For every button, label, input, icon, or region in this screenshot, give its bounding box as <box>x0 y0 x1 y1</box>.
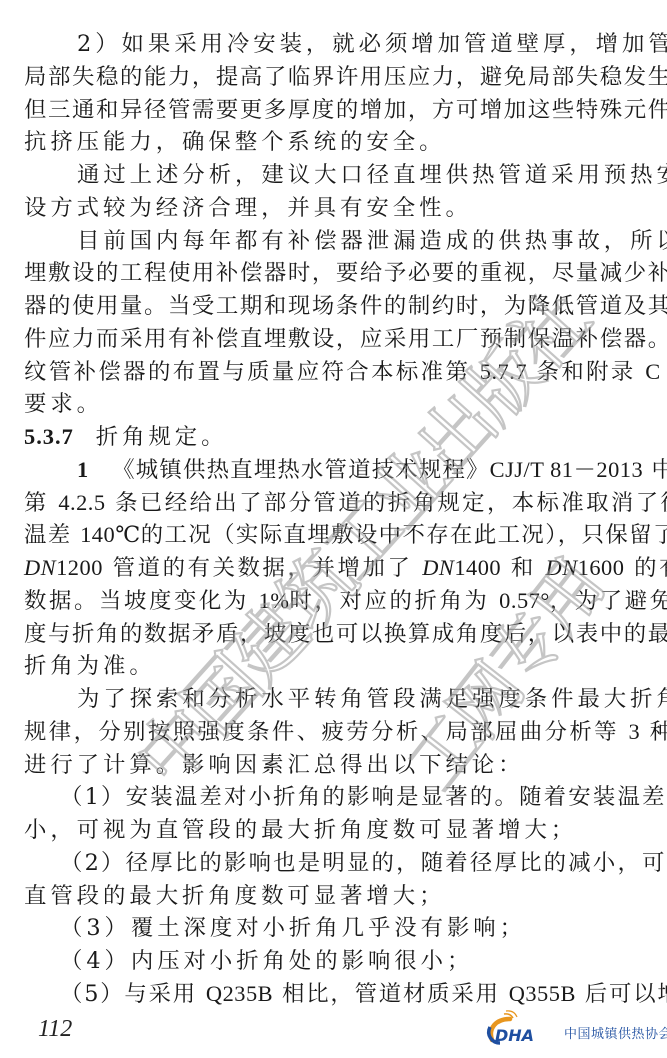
association-name: 中国城镇供热协会 <box>564 1023 667 1042</box>
svg-text:DHA: DHA <box>495 1026 534 1045</box>
section-title: 折角规定。 <box>96 424 228 450</box>
paragraph-line: 件应力而采用有补偿直埋敷设，应采用工厂预制保温补偿器。波 <box>24 323 638 356</box>
paragraph-line: 折角为准。 <box>24 650 638 683</box>
section-heading: 5.3.7折角规定。 <box>24 421 638 454</box>
paragraph-line: 直管段的最大折角度数可显著增大； <box>24 880 638 913</box>
paragraph-line: 2）如果采用冷安装，就必须增加管道壁厚，增加管道的抗 <box>24 28 638 61</box>
paragraph-line: 规律，分别按照强度条件、疲劳分析、局部屈曲分析等 3 种方法 <box>24 716 638 749</box>
paragraph-line: 设方式较为经济合理，并具有安全性。 <box>24 192 638 225</box>
paragraph-line: 为了探索和分析水平转角管段满足强度条件最大折角的变化 <box>24 683 638 716</box>
paragraph-line: 但三通和异径管需要更多厚度的增加，方可增加这些特殊元件的 <box>24 94 638 127</box>
list-item: （1）安装温差对小折角的影响是显著的。随着安装温差的减 <box>24 781 638 814</box>
paragraph-line: 度与折角的数据矛盾，坡度也可以换算成角度后，以表中的最大 <box>24 618 638 651</box>
page-number: 112 <box>38 1016 72 1043</box>
paragraph-line: 抗挤压能力，确保整个系统的安全。 <box>24 126 638 159</box>
paragraph-line: 目前国内每年都有补偿器泄漏造成的供热事故，所以对于直 <box>24 225 638 258</box>
section-number: 5.3.7 <box>24 424 74 449</box>
list-item: （2）径厚比的影响也是明显的，随着径厚比的减小，可视为 <box>24 847 638 880</box>
paragraph-line: 要求。 <box>24 388 638 421</box>
clause-number: 1 <box>77 457 88 482</box>
publisher-logo: DHA 中国城镇供热协会 <box>482 1010 662 1046</box>
list-item: （4）内压对小折角处的影响很小； <box>24 945 638 978</box>
paragraph-line: DN1200 管道的有关数据，并增加了 DN1400 和 DN1600 的有关 <box>24 552 638 585</box>
paragraph-line: 局部失稳的能力，提高了临界许用压应力，避免局部失稳发生， <box>24 61 638 94</box>
clause-line: 1《城镇供热直埋热水管道技术规程》CJJ/T 81－2013 中 <box>24 454 638 487</box>
paragraph-line: 纹管补偿器的布置与质量应符合本标准第 5.7.7 条和附录 C 的 <box>24 356 638 389</box>
paragraph-line: 进行了计算。影响因素汇总得出以下结论： <box>24 749 638 782</box>
paragraph-line: 第 4.2.5 条已经给出了部分管道的折角规定，本标准取消了循环 <box>24 487 638 520</box>
list-item: （3）覆土深度对小折角几乎没有影响； <box>24 912 638 945</box>
paragraph-line: 通过上述分析，建议大口径直埋供热管道采用预热安装的敷 <box>24 159 638 192</box>
list-item: （5）与采用 Q235B 相比，管道材质采用 Q355B 后可以增大 <box>24 978 638 1011</box>
paragraph-line: 数据。当坡度变化为 1%时，对应的折角为 0.57°，为了避免坡 <box>24 585 638 618</box>
paragraph-line: 埋敷设的工程使用补偿器时，要给予必要的重视，尽量减少补偿 <box>24 257 638 290</box>
paragraph-line: 器的使用量。当受工期和现场条件的制约时，为降低管道及其附 <box>24 290 638 323</box>
document-page: 2）如果采用冷安装，就必须增加管道壁厚，增加管道的抗 局部失稳的能力，提高了临界… <box>0 0 667 1058</box>
cdha-logo-icon: DHA <box>482 1010 560 1046</box>
paragraph-line: 温差 140℃的工况（实际直埋敷设中不存在此工况），只保留了 <box>24 519 638 552</box>
body-text: 2）如果采用冷安装，就必须增加管道壁厚，增加管道的抗 局部失稳的能力，提高了临界… <box>24 28 638 1011</box>
paragraph-line: 小，可视为直管段的最大折角度数可显著增大； <box>24 814 638 847</box>
